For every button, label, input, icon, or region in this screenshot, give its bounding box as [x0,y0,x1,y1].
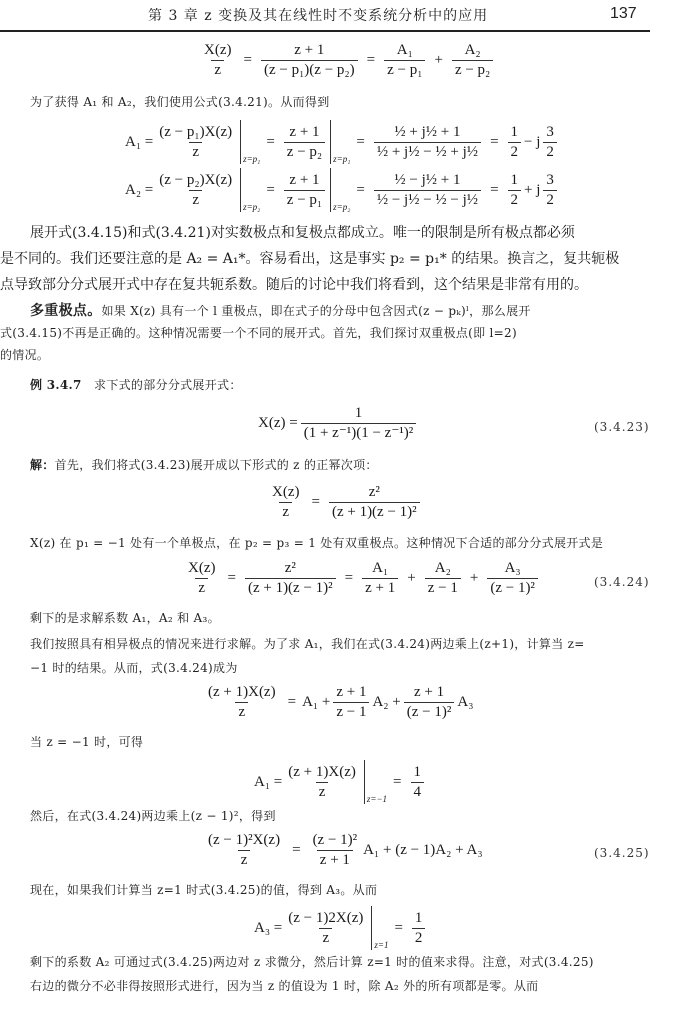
paragraph-multiple-poles: 多重极点。如果 X(z) 具有一个 l 重极点，即在式子的分母中包含因式(z −… [0,300,681,366]
paragraph-intro: 为了获得 A₁ 和 A₂，我们使用公式(3.4.21)。从而得到 [30,92,330,112]
paragraph-method: 我们按照具有相异极点的情况来进行求解。为了求 A₁，我们在式(3.4.24)两边… [30,632,585,680]
equation-3-4-23: X(z) = 1(1 + z⁻¹)(1 − z⁻¹)² [258,405,419,442]
paragraph-when-z-minus-1: 当 z = −1 时，可得 [30,732,143,752]
header-divider [0,30,650,32]
page-number: 137 [610,5,637,23]
paragraph-compute-A3: 现在，如果我们计算当 z=1 时式(3.4.25)的值，得到 A₃。从而 [30,880,377,900]
equation-3-4-25: (z − 1)²X(z)z = (z − 1)²z + 1 A₁ + (z − … [202,832,483,869]
equation-A1-result: A₁ = (z + 1)X(z)z z=−1 = 14 [254,760,427,804]
equation-positive-powers: X(z)z = z²(z + 1)(z − 1)² [266,484,423,521]
section-lead: 多重极点。 [30,303,102,319]
example-prompt: 求下式的部分分式展开式： [94,378,242,392]
chapter-title: 第 3 章 z 变换及其在线性时不变系统分析中的应用 [148,5,488,25]
paragraph-multiply-z-minus-1-squared: 然后，在式(3.4.24)两边乘上(z − 1)²，得到 [30,806,276,826]
equation-number: (3.4.24) [594,575,650,589]
equation-A1-complex: A₁ = (z − p₁)X(z)z z=p₁ = z + 1z − p₂ z=… [125,120,560,164]
equation-number: (3.4.25) [594,846,650,860]
solution-intro: 解：首先，我们将式(3.4.23)展开成以下形式的 z 的正幂次项： [30,455,378,475]
page-header: 第 3 章 z 变换及其在线性时不变系统分析中的应用 137 [0,0,681,34]
equation-multiplied-z-plus-1: (z + 1)X(z)z = A₁ + z + 1z − 1 A₂ + z + … [202,684,473,721]
equation-3-4-24: X(z)z = z²(z + 1)(z − 1)² = A₁z + 1 + A₂… [182,560,541,597]
equation-A3-result: A₃ = (z − 1)2X(z)z z=1 = 12 [254,906,428,950]
paragraph-compute-A2: 剩下的系数 A₂ 可通过式(3.4.25)两边对 z 求微分，然后计算 z=1 … [30,950,594,998]
paragraph-expansion: 展开式(3.4.15)和式(3.4.21)对实数极点和复极点都成立。唯一的限制是… [0,220,681,298]
paragraph-poles: X(z) 在 p₁ = −1 处有一个单极点，在 p₂ = p₃ = 1 处有双… [30,533,603,553]
paragraph-remaining: 剩下的是求解系数 A₁，A₂ 和 A₃。 [30,608,220,628]
example-heading: 例 3.4.7 求下式的部分分式展开式： [30,375,242,395]
example-label: 例 3.4.7 [30,378,82,392]
equation-A2-complex: A₂ = (z − p₂)X(z)z z=p₂ = z + 1z − p₁ z=… [125,168,560,212]
equation-number: (3.4.23) [594,420,650,434]
equation-partial-fraction-two-poles: X(z)z = z + 1(z − p₁)(z − p₂) = A₁z − p₁… [198,42,496,79]
